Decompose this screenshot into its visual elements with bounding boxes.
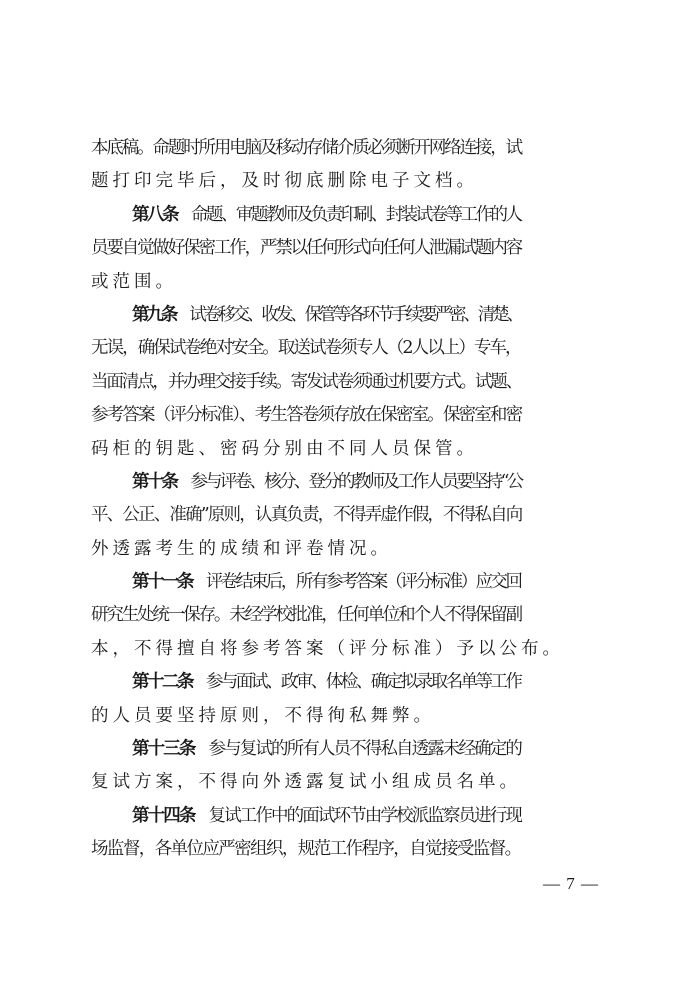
text-line: 复试方案，不得向外透露复试小组成员名单。 (91, 766, 611, 799)
line-text: 无误，确保试卷绝对安全。取送试卷须专人（2人以上）专车， (91, 338, 521, 358)
line-text: 复试方案，不得向外透露复试小组成员名单。 (91, 772, 521, 792)
text-line: 无误，确保试卷绝对安全。取送试卷须专人（2人以上）专车， (91, 332, 611, 365)
line-text: 参与复试的所有人员不得私自透露未经确定的 (209, 739, 522, 759)
line-text: 参与评卷、核分、登分的教师及工作人员要坚持“公 (190, 472, 521, 492)
line-text: 当面清点，并办理交接手续。寄发试卷须通过机要方式。试题、 (91, 372, 521, 392)
line-text: 码柜的钥匙、密码分别由不同人员保管。 (91, 439, 478, 459)
article-first-line: 第十条参与评卷、核分、登分的教师及工作人员要坚持“公 (91, 466, 611, 499)
article-heading: 第十一条 (132, 572, 192, 592)
text-line: 员要自觉做好保密工作，严禁以任何形式向任何人泄漏试题内容 (91, 232, 611, 265)
article-first-line: 第十四条复试工作中的面试环节由学校派监察员进行现 (91, 800, 611, 833)
article-heading: 第九条 (132, 305, 175, 325)
text-line: 当面清点，并办理交接手续。寄发试卷须通过机要方式。试题、 (91, 366, 611, 399)
text-line: 或范围。 (91, 266, 611, 299)
line-text: 平、公正、准确”原则，认真负责，不得弄虚作假，不得私自向 (91, 505, 521, 525)
text-line: 本，不得擅自将参考答案（评分标准）予以公布。 (91, 633, 611, 666)
line-text: 研究生处统一保存。未经学校批准，任何单位和个人不得保留副 (91, 605, 521, 625)
line-text: 评卷结束后，所有参考答案（评分标准）应交回 (206, 572, 521, 592)
line-text: 试卷移交、收发、保管等各环节手续要严密、清楚、 (189, 305, 521, 325)
article-first-line: 第八条命题、审题教师及负责印刷、封装试卷等工作的人 (91, 199, 611, 232)
line-text: 本底稿。命题时所用电脑及移动存储介质必须断开网络连接，试 (91, 138, 521, 158)
line-text: 题打印完毕后，及时彻底删除电子文档。 (91, 171, 478, 191)
page-number: — 7 — (543, 874, 599, 894)
line-text: 本，不得擅自将参考答案（评分标准）予以公布。 (91, 639, 564, 659)
article-heading: 第八条 (132, 205, 177, 225)
line-text: 场监督，各单位应严密组织，规范工作程序，自觉接受监督。 (91, 839, 521, 859)
article-heading: 第十四条 (132, 806, 195, 826)
article-heading: 第十条 (132, 472, 176, 492)
line-text: 复试工作中的面试环节由学校派监察员进行现 (209, 806, 522, 826)
article-first-line: 第十三条参与复试的所有人员不得私自透露未经确定的 (91, 733, 611, 766)
article-first-line: 第十二条参与面试、政审、体检、确定拟录取名单等工作 (91, 666, 611, 699)
article-first-line: 第九条试卷移交、收发、保管等各环节手续要严密、清楚、 (91, 299, 611, 332)
text-line: 平、公正、准确”原则，认真负责，不得弄虚作假，不得私自向 (91, 499, 611, 532)
line-text: 的人员要坚持原则，不得徇私舞弊。 (91, 706, 435, 726)
line-text: 参考答案（评分标准）、考生答卷须存放在保密室。保密室和密 (91, 405, 521, 425)
text-line: 外透露考生的成绩和评卷情况。 (91, 533, 611, 566)
line-text: 或范围。 (91, 272, 177, 292)
line-text: 员要自觉做好保密工作，严禁以任何形式向任何人泄漏试题内容 (91, 238, 521, 258)
text-line: 码柜的钥匙、密码分别由不同人员保管。 (91, 433, 611, 466)
text-line: 题打印完毕后，及时彻底删除电子文档。 (91, 165, 611, 198)
document-body: 本底稿。命题时所用电脑及移动存储介质必须断开网络连接，试题打印完毕后，及时彻底删… (91, 132, 611, 867)
line-text: 参与面试、政审、体检、确定拟录取名单等工作 (206, 672, 521, 692)
article-first-line: 第十一条评卷结束后，所有参考答案（评分标准）应交回 (91, 566, 611, 599)
text-line: 场监督，各单位应严密组织，规范工作程序，自觉接受监督。 (91, 833, 611, 866)
text-line: 的人员要坚持原则，不得徇私舞弊。 (91, 700, 611, 733)
text-line: 参考答案（评分标准）、考生答卷须存放在保密室。保密室和密 (91, 399, 611, 432)
text-line: 研究生处统一保存。未经学校批准，任何单位和个人不得保留副 (91, 599, 611, 632)
line-text: 命题、审题教师及负责印刷、封装试卷等工作的人 (191, 205, 521, 225)
line-text: 外透露考生的成绩和评卷情况。 (91, 539, 392, 559)
text-line: 本底稿。命题时所用电脑及移动存储介质必须断开网络连接，试 (91, 132, 611, 165)
article-heading: 第十二条 (132, 672, 192, 692)
article-heading: 第十三条 (132, 739, 195, 759)
